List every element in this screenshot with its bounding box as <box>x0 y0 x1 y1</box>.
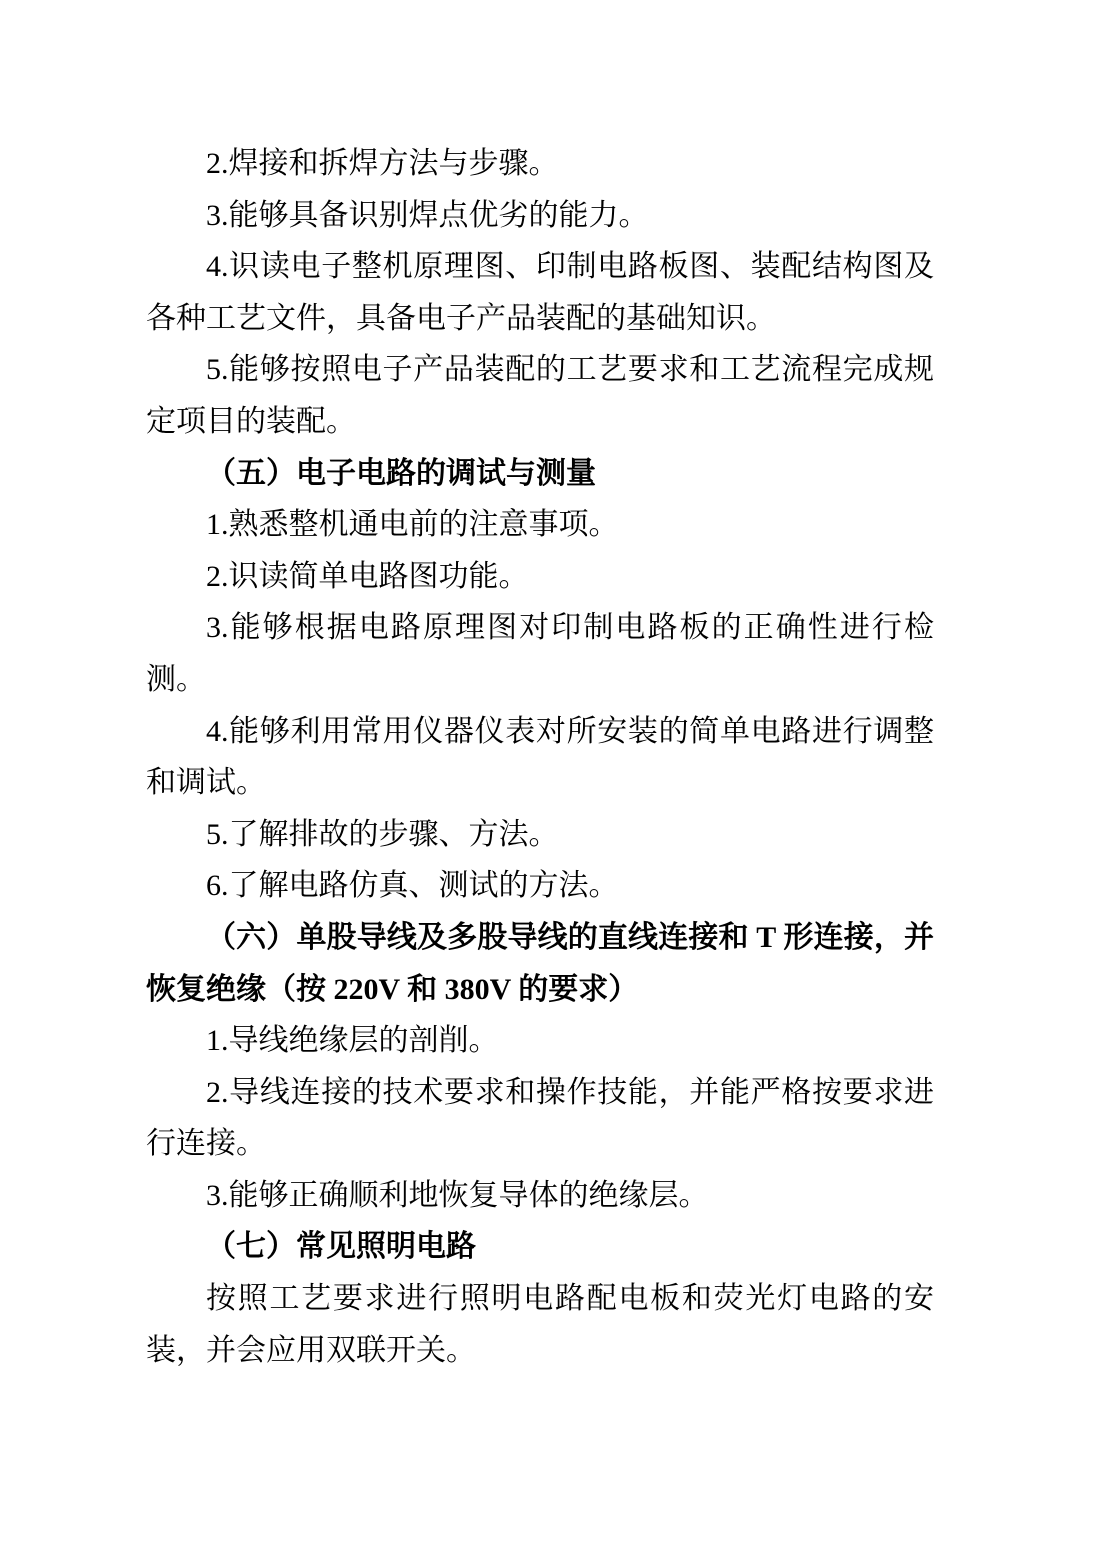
paragraph: 3.能够具备识别焊点优劣的能力。 <box>146 190 934 242</box>
section-heading: （七）常见照明电路 <box>146 1221 934 1273</box>
paragraph: 2.导线连接的技术要求和操作技能，并能严格按要求进行连接。 <box>146 1067 934 1170</box>
document-page: 2.焊接和拆焊方法与步骤。3.能够具备识别焊点优劣的能力。4.识读电子整机原理图… <box>0 0 1102 1559</box>
paragraph: 1.熟悉整机通电前的注意事项。 <box>146 499 934 551</box>
section-heading: （五）电子电路的调试与测量 <box>146 448 934 500</box>
paragraph: 按照工艺要求进行照明电路配电板和荧光灯电路的安装，并会应用双联开关。 <box>146 1273 934 1376</box>
paragraph: 2.识读简单电路图功能。 <box>146 551 934 603</box>
paragraph: 2.焊接和拆焊方法与步骤。 <box>146 138 934 190</box>
paragraph: 5.了解排故的步骤、方法。 <box>146 809 934 861</box>
section-heading: （六）单股导线及多股导线的直线连接和 T 形连接，并恢复绝缘（按 220V 和 … <box>146 912 934 1015</box>
paragraph: 4.识读电子整机原理图、印制电路板图、装配结构图及各种工艺文件，具备电子产品装配… <box>146 241 934 344</box>
paragraph: 6.了解电路仿真、测试的方法。 <box>146 860 934 912</box>
paragraph: 3.能够正确顺利地恢复导体的绝缘层。 <box>146 1170 934 1222</box>
paragraph: 1.导线绝缘层的剖削。 <box>146 1015 934 1067</box>
document-body: 2.焊接和拆焊方法与步骤。3.能够具备识别焊点优劣的能力。4.识读电子整机原理图… <box>146 0 934 1376</box>
paragraph: 4.能够利用常用仪器仪表对所安装的简单电路进行调整和调试。 <box>146 706 934 809</box>
paragraph: 3.能够根据电路原理图对印制电路板的正确性进行检测。 <box>146 602 934 705</box>
paragraph: 5.能够按照电子产品装配的工艺要求和工艺流程完成规定项目的装配。 <box>146 344 934 447</box>
